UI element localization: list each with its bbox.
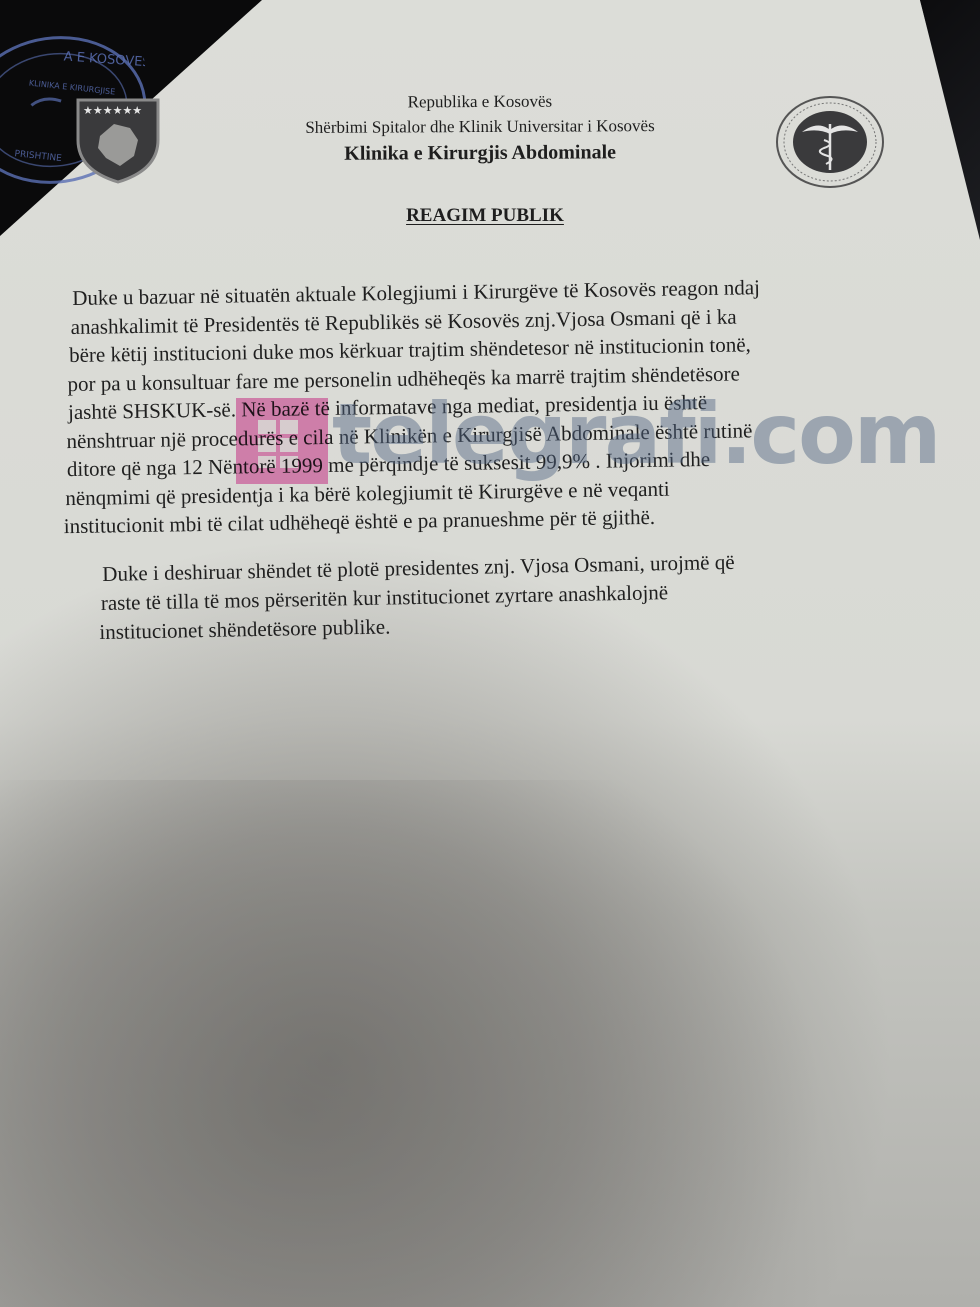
- header-country: Republika e Kosovës: [200, 89, 760, 116]
- kosovo-emblem-icon: ★★★★★★: [74, 96, 162, 184]
- paragraph-2: Duke i deshiruar shëndet të plotë presid…: [102, 545, 904, 647]
- header-clinic: Klinika e Kirurgjis Abdominale: [200, 138, 760, 169]
- paper-sheet: [0, 0, 980, 1307]
- watermark-text: telegrafi.com: [332, 392, 939, 476]
- svg-text:KLINIKA E KIRURGJISE: KLINIKA E KIRURGJISE: [28, 78, 115, 96]
- document-title: REAGIM PUBLIK: [380, 205, 590, 227]
- header-institution: Shërbimi Spitalor dhe Klinik Universitar…: [200, 113, 760, 141]
- svg-text:★★★★★★: ★★★★★★: [83, 104, 142, 117]
- document-header: Republika e Kosovës Shërbimi Spitalor dh…: [200, 89, 760, 169]
- watermark-logo-icon: [236, 398, 328, 484]
- hospital-seal-icon: [774, 94, 886, 190]
- svg-text:A E KOSOVES: A E KOSOVES: [63, 49, 151, 70]
